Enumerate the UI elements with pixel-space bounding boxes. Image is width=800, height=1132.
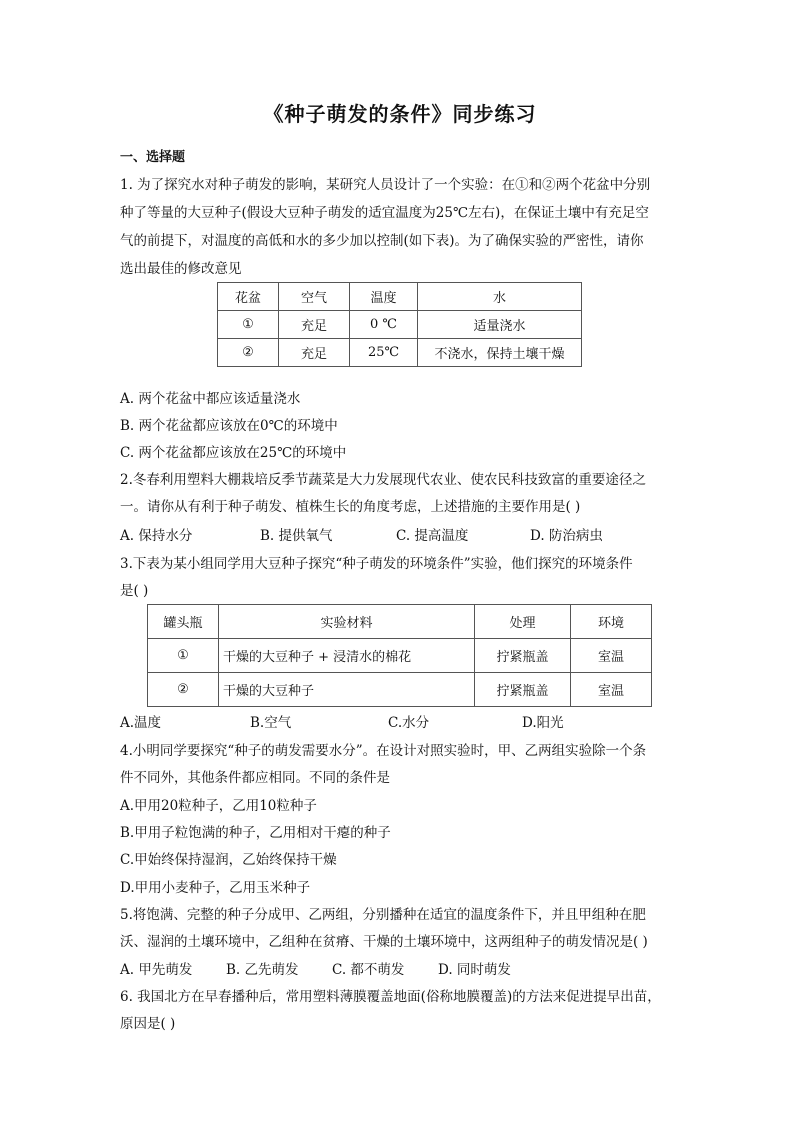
q4-line-1: 4.小明同学要探究“种子的萌发需要水分”。在设计对照实验时，甲、乙两组实验除一个… [120,739,646,759]
q3-option-a: A.温度 [120,711,161,731]
table-header-row: 花盆 空气 温度 水 [218,283,582,311]
q1-option-c: C. 两个花盆都应该放在25℃的环境中 [120,441,346,461]
q4-option-c: C.甲始终保持湿润，乙始终保持干燥 [120,848,337,868]
q3-option-d: D.阳光 [522,711,564,731]
table-header: 花盆 [218,283,279,311]
table-header: 水 [418,283,582,311]
q2-option-c: C. 提高温度 [396,524,468,544]
table-cell: 充足 [279,339,350,367]
q4-option-d: D.甲用小麦种子，乙用玉米种子 [120,876,310,896]
table-cell: 拧紧瓶盖 [475,673,571,707]
table-row: ② 充足 25℃ 不浇水，保持土壤干燥 [218,339,582,367]
q5-line-2: 沃、湿润的土壤环境中，乙组种在贫瘠、干燥的土壤环境中，这两组种子的萌发情况是( … [120,930,648,950]
table-header: 温度 [350,283,418,311]
q1-line-4: 选出最佳的修改意见 [120,257,242,277]
table-cell: 室温 [571,673,652,707]
table-row: ① 充足 0 ℃ 适量浇水 [218,311,582,339]
table-cell: 干燥的大豆种子 + 浸清水的棉花 [219,639,475,673]
table-row: ② 干燥的大豆种子 拧紧瓶盖 室温 [148,673,652,707]
page-title: 《种子萌发的条件》同步练习 [0,98,800,127]
table-cell: 室温 [571,639,652,673]
table-header-row: 罐头瓶 实验材料 处理 环境 [148,605,652,639]
q2-option-a: A. 保持水分 [120,524,192,544]
q3-option-c: C.水分 [388,711,429,731]
q1-line-3: 气的前提下，对温度的高低和水的多少加以控制(如下表)。为了确保实验的严密性，请你 [120,229,644,249]
q4-option-a: A.甲用20粒种子，乙用10粒种子 [120,794,317,814]
q5-option-b: B. 乙先萌发 [226,958,299,978]
q3-option-b: B.空气 [250,711,291,731]
table-cell: ② [218,339,279,367]
q5-option-c: C. 都不萌发 [332,958,404,978]
table-header: 罐头瓶 [148,605,219,639]
table-row: ① 干燥的大豆种子 + 浸清水的棉花 拧紧瓶盖 室温 [148,639,652,673]
q6-line-1: 6. 我国北方在早春播种后，常用塑料薄膜覆盖地面(俗称地膜覆盖)的方法来促进提早… [120,985,661,1005]
q1-line-2: 种了等量的大豆种子(假设大豆种子萌发的适宜温度为25℃左右)，在保证土壤中有充足… [120,201,649,221]
q5-line-1: 5.将饱满、完整的种子分成甲、乙两组，分别播种在适宜的温度条件下，并且甲组种在肥 [120,903,646,923]
table-cell: 拧紧瓶盖 [475,639,571,673]
table-cell: 不浇水，保持土壤干燥 [418,339,582,367]
table-cell: 25℃ [350,339,418,367]
table-header: 空气 [279,283,350,311]
q1-option-b: B. 两个花盆都应该放在0℃的环境中 [120,414,338,434]
q1-option-a: A. 两个花盆中都应该适量浇水 [120,387,300,407]
section-heading: 一、选择题 [120,146,185,165]
table-cell: 0 ℃ [350,311,418,339]
q3-line-1: 3.下表为某小组同学用大豆种子探究“种子萌发的环境条件”实验，他们探究的环境条件 [120,552,633,572]
q2-option-b: B. 提供氧气 [260,524,333,544]
q2-line-1: 2.冬春利用塑料大棚栽培反季节蔬菜是大力发展现代农业、使农民科技致富的重要途径之 [120,468,646,488]
q3-table: 罐头瓶 实验材料 处理 环境 ① 干燥的大豆种子 + 浸清水的棉花 拧紧瓶盖 室… [147,604,652,707]
q3-line-2: 是( ) [120,579,148,599]
table-header: 环境 [571,605,652,639]
q2-line-2: 一。请你从有利于种子萌发、植株生长的角度考虑，上述措施的主要作用是( ) [120,495,580,515]
q4-option-b: B.甲用子粒饱满的种子，乙用相对干瘪的种子 [120,821,391,841]
table-cell: 适量浇水 [418,311,582,339]
q5-option-d: D. 同时萌发 [438,958,511,978]
table-cell: 充足 [279,311,350,339]
q1-line-1: 1. 为了探究水对种子萌发的影响，某研究人员设计了一个实验：在①和②两个花盆中分… [120,173,650,193]
q1-table: 花盆 空气 温度 水 ① 充足 0 ℃ 适量浇水 ② 充足 25℃ 不浇水，保持… [217,282,582,367]
table-cell: 干燥的大豆种子 [219,673,475,707]
table-cell: ② [148,673,219,707]
q2-option-d: D. 防治病虫 [530,524,603,544]
table-header: 实验材料 [219,605,475,639]
q6-line-2: 原因是( ) [120,1012,175,1032]
q5-option-a: A. 甲先萌发 [120,958,192,978]
q4-line-2: 件不同外，其他条件都应相同。不同的条件是 [120,766,390,786]
table-cell: ① [218,311,279,339]
table-cell: ① [148,639,219,673]
table-header: 处理 [475,605,571,639]
